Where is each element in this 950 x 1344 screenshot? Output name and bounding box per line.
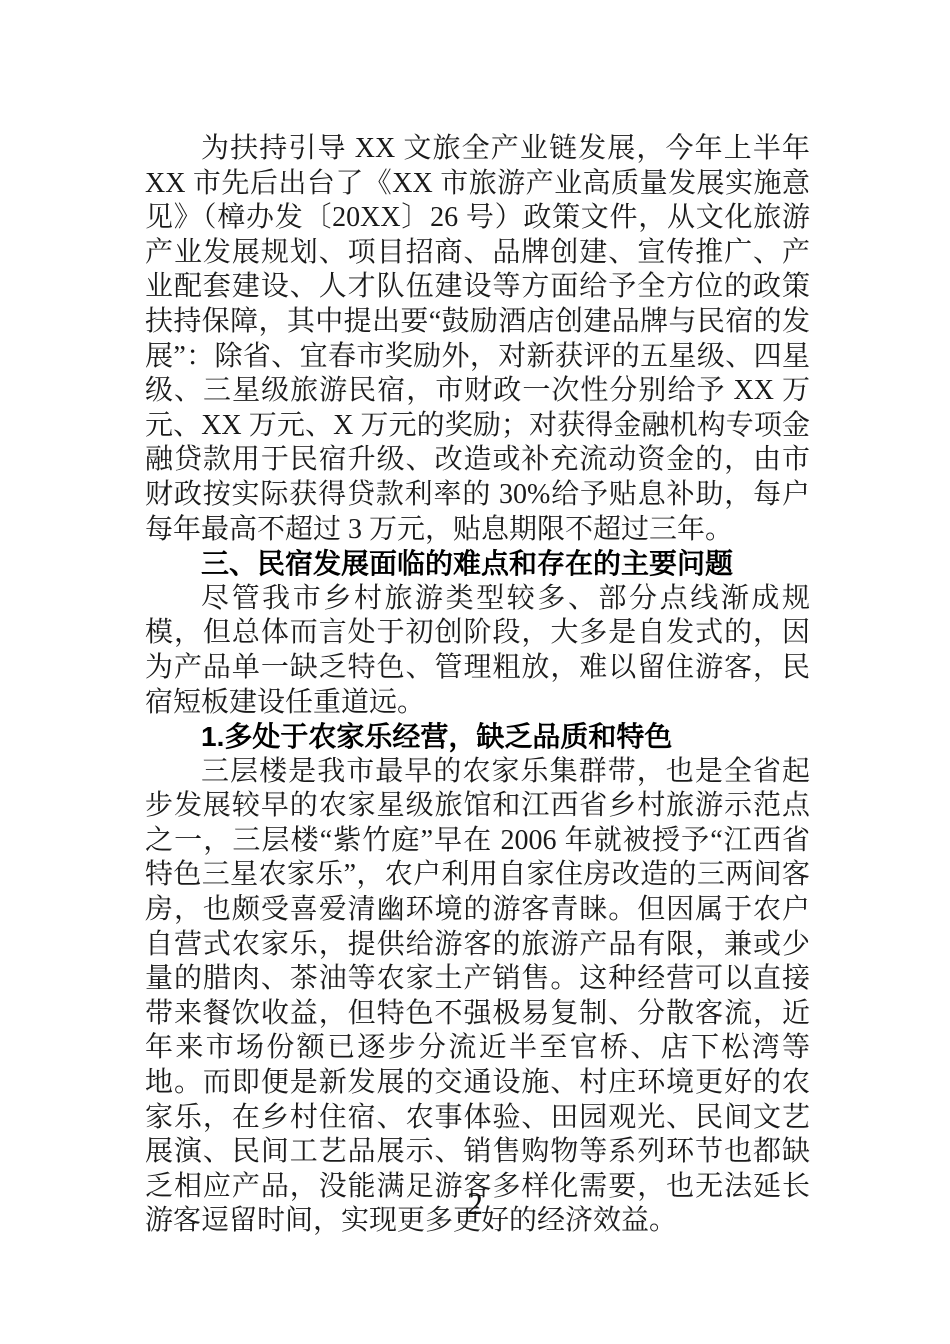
document-body: 为扶持引导 XX 文旅全产业链发展，今年上半年 XX 市先后出台了《XX 市旅游… bbox=[145, 132, 810, 1239]
paragraph-overview: 尽管我市乡村旅游类型较多、部分点线渐成规模，但总体而言处于初创阶段，大多是自发式… bbox=[145, 582, 810, 720]
section-heading-difficulties: 三、民宿发展面临的难点和存在的主要问题 bbox=[145, 547, 810, 582]
document-page: 为扶持引导 XX 文旅全产业链发展，今年上半年 XX 市先后出台了《XX 市旅游… bbox=[0, 0, 950, 1344]
subsection-heading-farmstay: 1.多处于农家乐经营，缺乏品质和特色 bbox=[145, 720, 810, 755]
paragraph-policy-support: 为扶持引导 XX 文旅全产业链发展，今年上半年 XX 市先后出台了《XX 市旅游… bbox=[145, 132, 810, 547]
paragraph-farmstay-detail: 三层楼是我市最早的农家乐集群带，也是全省起步发展较早的农家星级旅馆和江西省乡村旅… bbox=[145, 755, 810, 1239]
page-number: 2 bbox=[0, 1186, 950, 1220]
